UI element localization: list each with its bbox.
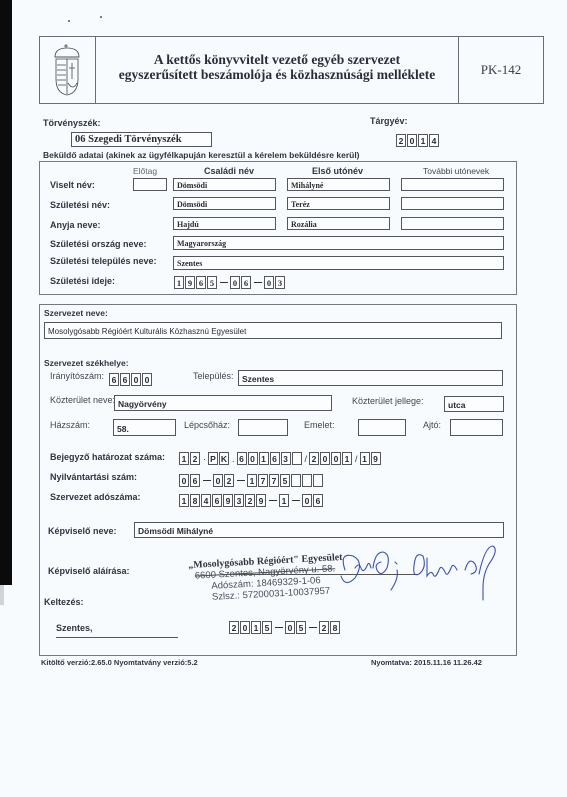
digit-box[interactable]: 0 xyxy=(213,474,223,487)
digit-box[interactable]: 8 xyxy=(330,621,340,634)
separator-dot: . xyxy=(232,454,235,464)
digit-box[interactable]: 1 xyxy=(174,276,184,289)
mother-name-label: Anyja neve: xyxy=(50,220,101,230)
digit-box[interactable]: 0 xyxy=(407,134,417,147)
worn-first-name-field[interactable]: Mihályné xyxy=(287,178,390,191)
separator-slash: / xyxy=(355,454,358,464)
digit-box[interactable]: 1 xyxy=(279,494,289,507)
digit-box[interactable]: 4 xyxy=(429,134,439,147)
handwritten-signature xyxy=(335,540,505,605)
floor-field[interactable] xyxy=(358,419,406,436)
floor-label: Emelet: xyxy=(304,420,335,430)
digit-box[interactable]: 1 xyxy=(342,452,352,465)
digit-box[interactable]: 1 xyxy=(418,134,428,147)
col-prefix: Előtag xyxy=(133,166,157,176)
digit-box[interactable] xyxy=(302,474,312,487)
digit-box[interactable]: 6 xyxy=(120,373,130,386)
digit-box[interactable]: 2 xyxy=(396,134,406,147)
digit-box[interactable]: 1 xyxy=(179,494,189,507)
org-name-label: Szervezet neve: xyxy=(44,308,108,318)
digit-box[interactable]: 0 xyxy=(131,373,141,386)
footer-printed: Nyomtatva: 2015.11.16 11.26.42 xyxy=(371,658,482,667)
digit-box[interactable]: 6 xyxy=(270,452,280,465)
sender-heading: Beküldő adatai (akinek az ügyfélkapuján … xyxy=(43,150,360,160)
form-code: PK-142 xyxy=(459,37,543,103)
digit-box[interactable]: 0 xyxy=(179,474,189,487)
digit-box[interactable]: 2 xyxy=(224,474,234,487)
birth-country-field[interactable]: Magyarország xyxy=(173,236,504,250)
digit-box[interactable]: 6 xyxy=(241,276,251,289)
birth-date-label: Születési ideje: xyxy=(50,276,115,286)
digit-box[interactable]: 7 xyxy=(269,474,279,487)
digit-box[interactable]: 4 xyxy=(201,494,211,507)
digit-box[interactable]: 5 xyxy=(207,276,217,289)
separator-dash xyxy=(237,480,245,481)
digit-box[interactable]: 6 xyxy=(212,494,222,507)
worn-other-names-field[interactable] xyxy=(401,178,504,191)
digit-box[interactable]: 9 xyxy=(185,276,195,289)
street-field[interactable]: Nagyörvény xyxy=(114,395,332,411)
birth-other-names-field[interactable] xyxy=(401,197,504,210)
date-separator xyxy=(220,282,228,283)
digit-box[interactable]: 6 xyxy=(190,474,200,487)
digit-box[interactable]: 6 xyxy=(237,452,247,465)
door-label: Ajtó: xyxy=(423,420,441,430)
organization-stamp: „Mosolygósabb Régióért" Egyesület 6600 S… xyxy=(188,552,345,604)
tax-number-label: Szervezet adószáma: xyxy=(50,492,141,502)
digit-box[interactable]: 0 xyxy=(285,621,295,634)
digit-box[interactable]: 9 xyxy=(371,452,381,465)
digit-box[interactable]: 0 xyxy=(302,494,312,507)
subject-year-label: Tárgyév: xyxy=(370,116,408,126)
birth-name-label: Születési név: xyxy=(50,200,110,210)
date-label: Keltezés: xyxy=(44,597,84,607)
digit-box[interactable]: 1 xyxy=(259,452,269,465)
mother-other-names-field[interactable] xyxy=(401,217,504,230)
house-number-field[interactable]: 58. xyxy=(113,419,176,436)
house-number-label: Házszám: xyxy=(50,420,90,430)
coat-of-arms-icon xyxy=(40,37,96,103)
title-line-1: A kettős könyvvitelt vezető egyéb szerve… xyxy=(96,52,458,67)
birth-country-label: Születési ország neve: xyxy=(50,239,147,249)
worn-family-name-field[interactable]: Dömsödi xyxy=(173,178,276,191)
signature-label: Képviselő aláírása: xyxy=(48,566,130,576)
digit-box[interactable] xyxy=(292,452,302,465)
place-underline xyxy=(56,637,178,638)
tax-number-field[interactable]: 1 8 4 6 9 3 2 9 1 0 6 xyxy=(179,494,324,507)
birth-first-name-field[interactable]: Teréz xyxy=(287,197,390,210)
representative-name-label: Képviselő neve: xyxy=(48,526,117,536)
digit-box[interactable]: 5 xyxy=(296,621,306,634)
digit-box[interactable] xyxy=(313,474,323,487)
digit-box[interactable]: 0 xyxy=(248,452,258,465)
registration-decision-field[interactable]: 1 2 · P K . 6 0 1 6 3 / 2 0 0 1 / 1 9 xyxy=(179,452,382,465)
digit-box[interactable] xyxy=(291,474,301,487)
staircase-field[interactable] xyxy=(238,419,288,436)
digit-box[interactable]: 0 xyxy=(320,452,330,465)
city-field[interactable]: Szentes xyxy=(238,370,503,386)
digit-box[interactable]: K xyxy=(219,452,229,465)
prefix-field[interactable] xyxy=(133,178,167,191)
registry-number-field[interactable]: 0 6 0 2 1 7 7 5 xyxy=(179,474,324,487)
digit-box[interactable]: 2 xyxy=(309,452,319,465)
representative-name-field[interactable]: Dömsödi Mihályné xyxy=(134,522,504,538)
digit-box[interactable]: 0 xyxy=(240,621,250,634)
street-type-field[interactable]: utca xyxy=(444,396,504,412)
digit-box[interactable]: 5 xyxy=(262,621,272,634)
digit-box[interactable]: 1 xyxy=(247,474,257,487)
footer-version: Kitöltő verzió:2.65.0 Nyomtatvány verzió… xyxy=(41,658,198,667)
date-separator xyxy=(275,627,283,628)
digit-box[interactable]: P xyxy=(208,452,218,465)
org-name-field[interactable]: Mosolygósabb Régióért Kulturális Közhasz… xyxy=(44,322,502,339)
worn-name-label: Viselt név: xyxy=(50,180,95,190)
door-field[interactable] xyxy=(450,419,503,436)
date-separator xyxy=(309,627,317,628)
street-label: Közterület neve: xyxy=(50,395,115,405)
org-seat-label: Szervezet székhelye: xyxy=(44,358,129,368)
separator-dash xyxy=(203,480,211,481)
registration-decision-label: Bejegyző határozat száma: xyxy=(50,452,165,462)
digit-box[interactable]: 1 xyxy=(251,621,261,634)
birth-place-field[interactable]: Szentes xyxy=(173,256,504,270)
digit-box[interactable]: 9 xyxy=(256,494,266,507)
separator-slash: / xyxy=(305,454,308,464)
city-label: Település: xyxy=(193,371,234,381)
digit-box[interactable]: 0 xyxy=(264,276,274,289)
mother-first-name-field[interactable]: Rozália xyxy=(287,217,390,230)
digit-box[interactable]: 2 xyxy=(319,621,329,634)
digit-box[interactable]: 2 xyxy=(229,621,239,634)
subject-year-field[interactable]: 2 0 1 4 xyxy=(396,134,440,147)
digit-box[interactable]: 3 xyxy=(234,494,244,507)
digit-box[interactable]: 0 xyxy=(331,452,341,465)
staircase-label: Lépcsőház: xyxy=(184,420,230,430)
birth-date-field[interactable]: 1 9 6 5 0 6 0 3 xyxy=(174,276,286,289)
form-header: A kettős könyvvitelt vezető egyéb szerve… xyxy=(39,36,544,104)
digit-box[interactable]: 6 xyxy=(196,276,206,289)
scan-speck xyxy=(100,16,102,18)
col-first-name: Első utónév xyxy=(312,166,363,176)
digit-box[interactable]: 8 xyxy=(190,494,200,507)
digit-box[interactable]: 1 xyxy=(179,452,189,465)
mother-family-name-field[interactable]: Hajdú xyxy=(173,217,276,230)
court-label: Törvényszék: xyxy=(43,118,101,128)
scan-edge xyxy=(0,0,12,585)
registry-number-label: Nyilvántartási szám: xyxy=(50,472,137,482)
birth-family-name-field[interactable]: Dömsödi xyxy=(173,197,276,210)
digit-box[interactable]: 3 xyxy=(281,452,291,465)
signing-date-field[interactable]: 2 0 1 5 0 5 2 8 xyxy=(229,621,341,634)
col-family-name: Családi név xyxy=(204,166,254,176)
court-field[interactable]: 06 Szegedi Törvényszék xyxy=(71,132,212,147)
digit-box[interactable]: 6 xyxy=(313,494,323,507)
digit-box[interactable]: 1 xyxy=(360,452,370,465)
digit-box[interactable]: 6 xyxy=(109,373,119,386)
digit-box[interactable]: 2 xyxy=(190,452,200,465)
digit-box[interactable]: 3 xyxy=(275,276,285,289)
digit-box[interactable]: 0 xyxy=(230,276,240,289)
zip-label: Irányítószám: xyxy=(50,371,104,381)
digit-box[interactable]: 5 xyxy=(280,474,290,487)
separator-dash xyxy=(292,500,300,501)
birth-place-label: Születési település neve: xyxy=(50,256,157,266)
scan-edge xyxy=(0,585,4,605)
digit-box[interactable]: 2 xyxy=(245,494,255,507)
scan-speck xyxy=(68,20,70,22)
date-separator xyxy=(254,282,262,283)
digit-box[interactable]: 0 xyxy=(142,373,152,386)
digit-box[interactable]: 9 xyxy=(223,494,233,507)
street-type-label: Közterület jellege: xyxy=(352,396,424,406)
col-other-names: További utónevek xyxy=(423,166,489,176)
date-place: Szentes, xyxy=(56,623,93,633)
zip-field[interactable]: 6 6 0 0 xyxy=(109,373,153,386)
separator-dot: · xyxy=(203,454,206,464)
digit-box[interactable]: 7 xyxy=(258,474,268,487)
title-line-2: egyszerűsített beszámolója és közhasznús… xyxy=(96,67,458,82)
separator-dash xyxy=(269,500,277,501)
form-title: A kettős könyvvitelt vezető egyéb szerve… xyxy=(96,37,459,103)
